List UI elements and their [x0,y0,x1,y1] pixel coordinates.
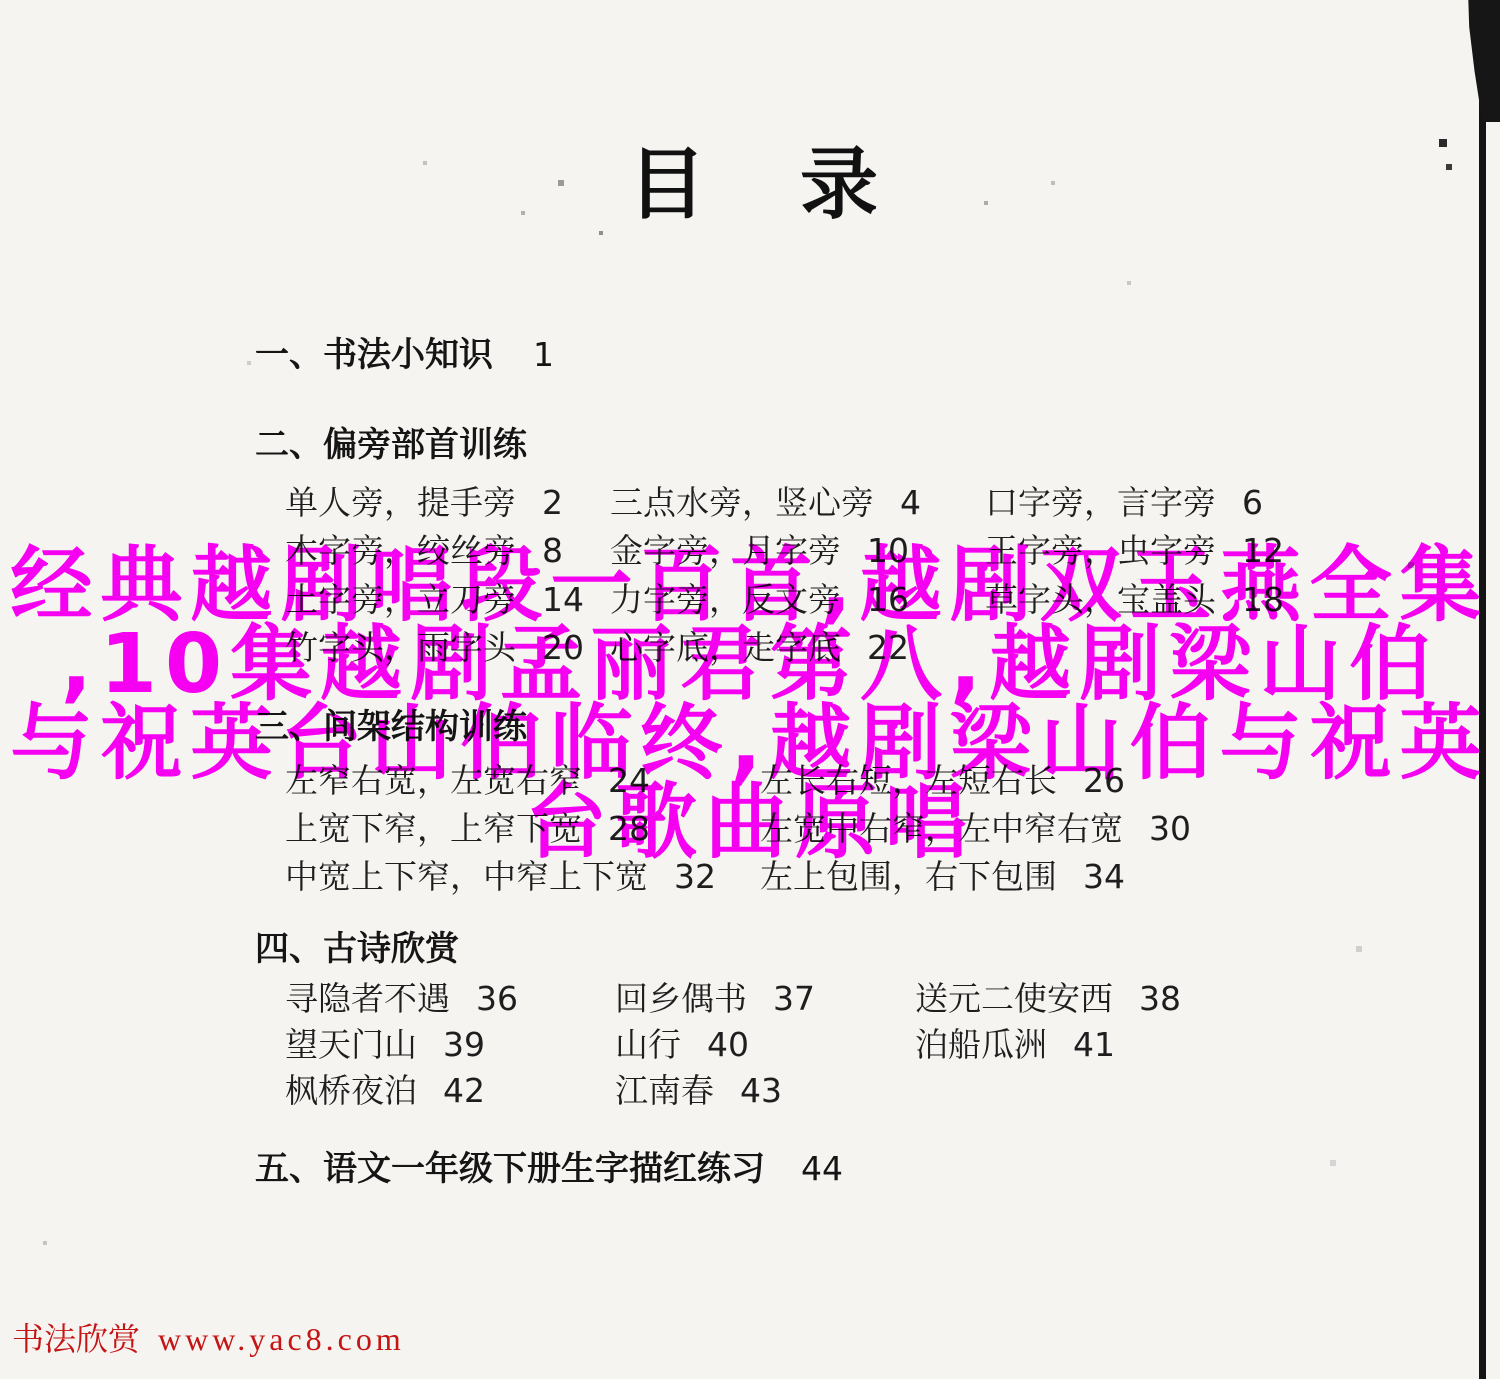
toc-entry-text: 泊船瓜洲 [915,1025,1047,1064]
toc-entry: 送元二使安西38 [915,982,1181,1015]
page-number: 40 [707,1025,749,1064]
page-number: 44 [801,1149,843,1188]
toc-entry: 寻隐者不遇36 [285,982,615,1015]
site-watermark-name: 书法欣赏 [12,1321,140,1357]
page-number: 1 [533,335,554,374]
toc-entry-text: 江南春 [615,1071,714,1110]
toc-row: 寻隐者不遇36回乡偶书37送元二使安西38 [285,982,1181,1015]
page-number: 41 [1073,1025,1115,1064]
toc-entry: 口字旁，言字旁6 [985,486,1263,519]
toc-entry: 枫桥夜泊42 [285,1074,615,1107]
page-number: 42 [443,1071,485,1110]
watermark-line: 经典越剧唱段一百首,越剧双玉燕全集 [0,546,1500,625]
site-watermark-url: www.yac8.com [158,1321,405,1357]
toc-entry-text: 口字旁，言字旁 [985,483,1216,522]
page-number: 4 [900,483,921,522]
page-title-char-left: 目 [628,146,706,224]
section-heading-calligraphy-basics: 一、书法小知识1 [255,338,554,372]
toc-row: 望天门山39山行40泊船瓜洲41 [285,1028,1115,1061]
scan-speckles [0,0,2,2]
section-heading-text: 二、偏旁部首训练 [255,425,527,465]
toc-row: 单人旁，提手旁2三点水旁，竖心旁4口字旁，言字旁6 [285,486,1263,519]
page-number: 39 [443,1025,485,1064]
toc-entry-text: 送元二使安西 [915,979,1113,1018]
section-heading-text: 一、书法小知识 [255,335,493,375]
toc-entry: 单人旁，提手旁2 [285,486,610,519]
page-number: 37 [773,979,815,1018]
page-title-char-right: 录 [800,146,878,224]
toc-entry-text: 山行 [615,1025,681,1064]
page-number: 43 [740,1071,782,1110]
toc-row: 枫桥夜泊42江南春43 [285,1074,915,1107]
toc-entry-text: 单人旁，提手旁 [285,483,516,522]
scanned-toc-page: 目 录 一、书法小知识1 二、偏旁部首训练 单人旁，提手旁2三点水旁，竖心旁4口… [0,0,1500,1379]
toc-entry-text: 枫桥夜泊 [285,1071,417,1110]
toc-entry: 山行40 [615,1028,915,1061]
page-title: 目 录 [628,146,878,224]
page-number: 34 [1083,857,1125,896]
scan-edge-line [1479,0,1486,1379]
page-number: 6 [1242,483,1263,522]
toc-entry-text: 寻隐者不遇 [285,979,450,1018]
toc-entry: 望天门山39 [285,1028,615,1061]
section-heading-tracing-practice: 五、语文一年级下册生字描红练习44 [255,1152,843,1186]
section-heading-poetry: 四、古诗欣赏 [255,932,459,966]
toc-entry-text: 回乡偶书 [615,979,747,1018]
section-heading-text: 四、古诗欣赏 [255,929,459,969]
section-heading-radicals-training: 二、偏旁部首训练 [255,428,527,462]
watermark-line: 台歌曲原唱 [0,783,1500,862]
watermark-line: 与祝英台山伯临终,越剧梁山伯与祝英 [0,704,1500,783]
toc-entry: 回乡偶书37 [615,982,915,1015]
section-heading-text: 五、语文一年级下册生字描红练习 [255,1149,765,1189]
watermark-overlay: 经典越剧唱段一百首,越剧双玉燕全集 ,10集越剧孟丽君第八,越剧梁山伯 与祝英台… [0,546,1500,862]
toc-entry: 三点水旁，竖心旁4 [610,486,985,519]
toc-entry: 江南春43 [615,1074,915,1107]
watermark-line: ,10集越剧孟丽君第八,越剧梁山伯 [0,625,1500,704]
page-number: 2 [542,483,563,522]
site-watermark: 书法欣赏www.yac8.com [12,1314,405,1360]
toc-entry-text: 望天门山 [285,1025,417,1064]
page-number: 38 [1139,979,1181,1018]
scan-corner-noise [1456,0,1500,122]
page-number: 36 [476,979,518,1018]
toc-entry: 泊船瓜洲41 [915,1028,1115,1061]
toc-entry-text: 三点水旁，竖心旁 [610,483,874,522]
